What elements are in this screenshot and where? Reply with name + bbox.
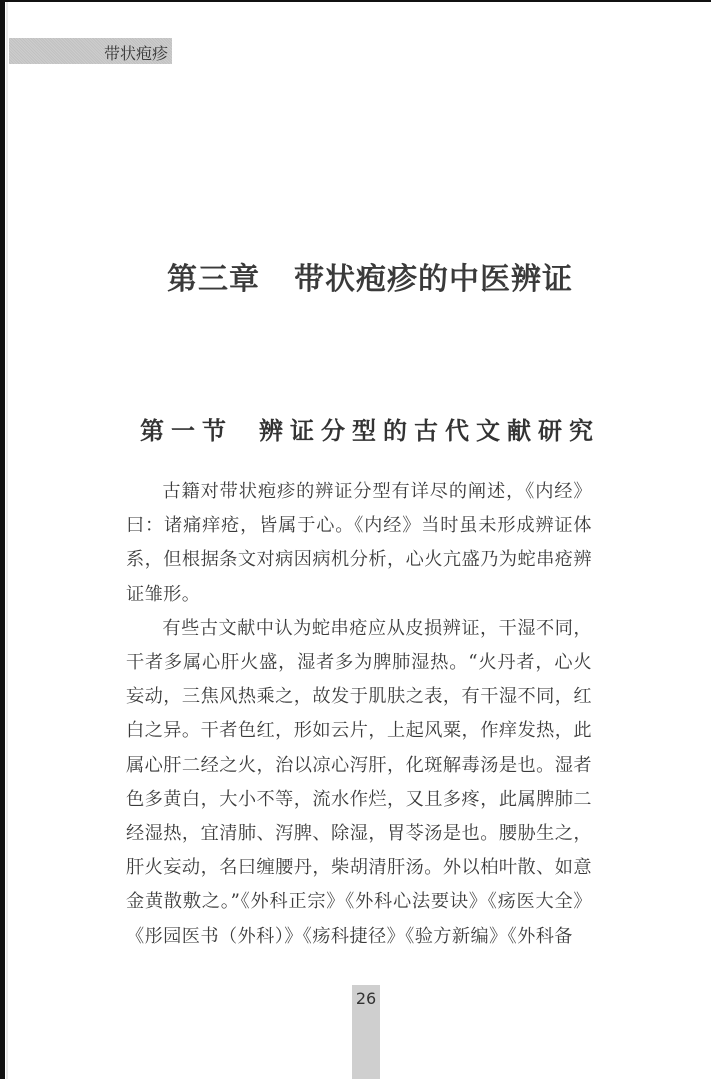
- chapter-title: 第三章带状疱疹的中医辨证: [0, 254, 711, 298]
- scan-top-edge: [0, 0, 711, 2]
- paragraph: 有些古文献中认为蛇串疮应从皮损辨证，干湿不同，干者多属心肝火盛，湿者多为脾肺湿热…: [126, 612, 592, 954]
- running-header-title: 带状疱疹: [104, 41, 168, 64]
- page-number: 26: [352, 989, 380, 1008]
- scan-left-edge: [0, 0, 5, 1079]
- page-number-tab: 26: [352, 985, 380, 1079]
- section-title: 第一节辨证分型的古代文献研究: [0, 411, 711, 446]
- page-gutter-shadow: [6, 2, 8, 1079]
- chapter-number: 第三章: [167, 262, 260, 297]
- section-number: 第一节: [140, 416, 233, 445]
- body-text: 古籍对带状疱疹的辨证分型有详尽的阐述，《内经》曰：诸痛痒疮，皆属于心。《内经》当…: [126, 475, 592, 954]
- paragraph: 古籍对带状疱疹的辨证分型有详尽的阐述，《内经》曰：诸痛痒疮，皆属于心。《内经》当…: [126, 475, 592, 612]
- chapter-name: 带状疱疹的中医辨证: [294, 262, 573, 297]
- section-name: 辨证分型的古代文献研究: [259, 416, 600, 445]
- running-header: 带状疱疹: [9, 38, 172, 64]
